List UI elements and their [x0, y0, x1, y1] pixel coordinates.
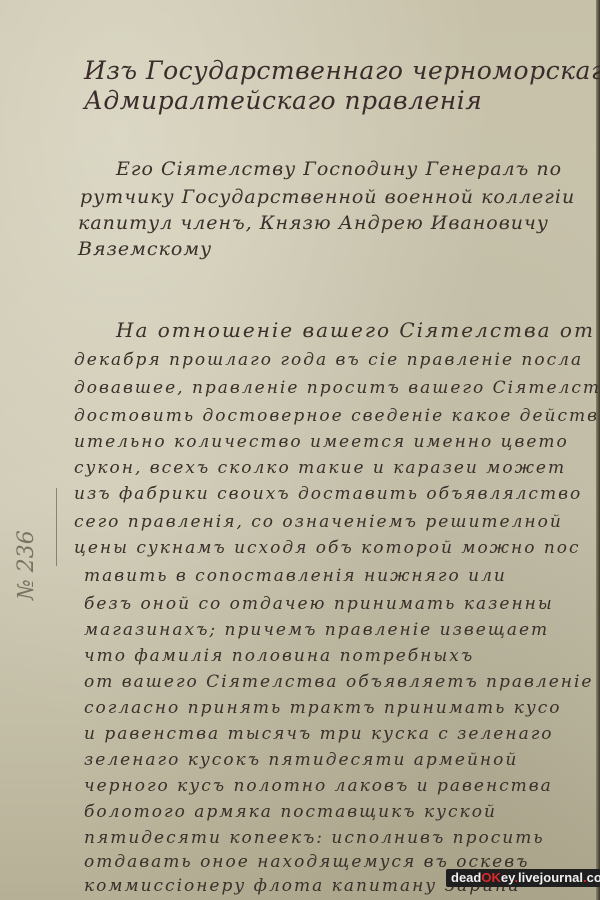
body-line-18: черного кусъ полотно лаковъ и равенства — [84, 776, 553, 796]
body-line-14: от вашего Сіятелства объявляетъ правлені… — [84, 672, 594, 692]
address-line-2: рутчику Государственной военной коллегіи — [80, 186, 575, 208]
document-heading-line-2: Адмиралтейскаго правленія — [84, 86, 482, 115]
page-edge-shadow — [596, 0, 600, 900]
document-heading-line-1: Изъ Государственнаго черноморскаго — [84, 56, 600, 85]
body-line-12: магазинахъ; причемъ правленіе извещает — [84, 620, 549, 640]
body-line-5: ительно количество имеется именно цвето — [74, 432, 569, 452]
body-line-10: тавить в сопоставленія нижняго или — [84, 566, 507, 586]
watermark-text-dead: dead — [451, 870, 481, 885]
margin-folio-number: № 236 — [14, 460, 39, 600]
watermark-text-com: com — [587, 870, 600, 885]
body-line-1: На отношеніе вашего Сіятелства от 17 — [116, 318, 600, 342]
body-line-8: сего правленія, со означеніемъ решително… — [74, 512, 563, 532]
watermark-text-livejournal: livejournal — [518, 870, 583, 885]
body-line-16: и равенства тысячъ три куска с зеленаго — [84, 724, 554, 744]
site-watermark: deadOKey.livejournal.com — [446, 869, 600, 887]
address-line-4: Вяземскому — [78, 238, 212, 260]
body-line-20: пятидесяти копеекъ: исполнивъ просить — [84, 828, 545, 848]
body-line-15: согласно принять трактъ принимать кусо — [84, 698, 562, 718]
body-line-11: безъ оной со отдачею принимать казенны — [84, 594, 554, 614]
margin-rule — [56, 488, 57, 566]
body-line-13: что фамилія половина потребныхъ — [84, 646, 474, 666]
watermark-text-ey: ey — [501, 870, 515, 885]
body-line-9: цены сукнамъ исходя объ которой можно по… — [74, 538, 581, 558]
body-line-4: достовить достоверное сведеніе какое дей… — [74, 406, 599, 426]
address-line-1: Его Сіятелству Господину Генералъ по — [116, 158, 562, 180]
address-line-3: капитул членъ, Князю Андрею Ивановичу — [78, 212, 549, 234]
body-line-6: сукон, всехъ сколко такие и каразеи може… — [74, 458, 566, 478]
body-line-17: зеленаго кусокъ пятидесяти армейной — [84, 750, 518, 770]
body-line-2: декабря прошлаго года въ сіе правленіе п… — [74, 350, 583, 370]
body-line-3: довавшее, правленіе проситъ вашего Сіяте… — [74, 378, 600, 398]
watermark-text-ok: OK — [481, 870, 501, 885]
body-line-7: изъ фабрики своихъ доставить объявлялств… — [74, 484, 582, 504]
body-line-19: болотого армяка поставщикъ куской — [84, 802, 497, 822]
